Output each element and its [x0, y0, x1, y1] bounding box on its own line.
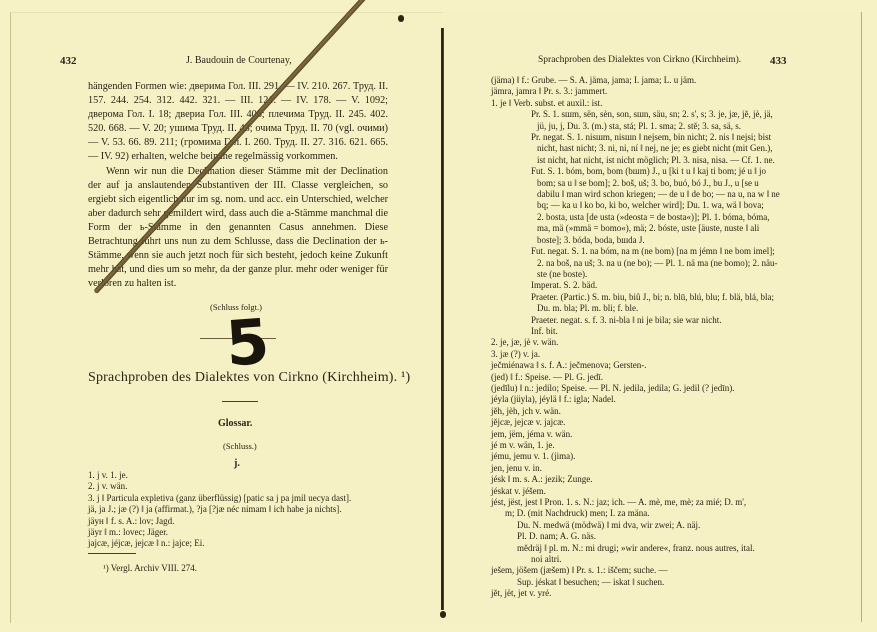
glossary-entry: jajcæ, jéjcæ, jejcæ ‖ n.: jajce; Ei.	[88, 538, 351, 549]
glossary-entry: 3. jæ (?) v. ja.	[491, 349, 780, 360]
glossary-entry: dabilu ‖ man wird schon kriegen; — de u …	[491, 189, 780, 200]
letter-heading: j.	[234, 458, 240, 469]
glossary-entry: 2. na boš, na uš; 3. na u (ne bo); — Pl.…	[491, 258, 780, 269]
ink-dot	[398, 15, 404, 22]
glossary-entry: Fut. negat. S. 1. na bóm, na m (ne bom) …	[491, 246, 780, 257]
glossary-entry: jem, jëm, jéma v. wän.	[491, 429, 780, 440]
glossary-entry: ječmiénawa ‖ s. f. A.: ječmenova; Gerste…	[491, 360, 780, 371]
glossary-entry: jé m v. wän, 1. je.	[491, 440, 780, 451]
glossary-entry: Du. N. medwä (mödwä) ‖ mi dva, wir zwei;…	[491, 520, 780, 531]
book-spread: 432 J. Baudouin de Courtenay, hängenden …	[0, 0, 877, 632]
glossary-entry: ste (ne boste).	[491, 269, 780, 280]
glossary-entry: 1. je ‖ Verb. subst. et auxil.: ist.	[491, 98, 780, 109]
glossary-entry: jĕt, jët, jet v. yré.	[491, 588, 780, 599]
glossary-entry: jü, ju, j, Du. 3. (m.) sta, stá; Pl. 1. …	[491, 121, 780, 132]
glossary-entry: jĕjcæ, jejcæ v. jajcæ.	[491, 417, 780, 428]
footnote-rule	[88, 553, 136, 554]
glossary-entry: 3. j ‖ Particula expletiva (ganz überflü…	[88, 493, 351, 504]
glossary-entry: 2. je, jæ, jè v. wän.	[491, 337, 780, 348]
handwritten-number: 5	[224, 311, 271, 376]
glossary-entry: Pr. S. 1. sшm, sën, sèn, son, sшn, säu, …	[491, 109, 780, 120]
glossary-entry: Imperat. S. 2. bäd.	[491, 280, 780, 291]
glossary-entry: (jedīlu) ‖ n.: jedilo; Speise. — Pl. N. …	[491, 383, 780, 394]
glossary-entry: jäyн ‖ f. s. A.: lov; Jagd.	[88, 516, 351, 527]
glossary-entry: boste]; 3. bóda, boda, bшda J.	[491, 235, 780, 246]
glossary-entry: 2. bosta, usta [de usta (»deosta = de bo…	[491, 212, 780, 223]
left-running-head: J. Baudouin de Courtenay,	[186, 55, 292, 66]
glossary-entry: Praeter. (Partic.) S. m. biu, biû J., bi…	[491, 292, 780, 303]
subsection-title: Glossar.	[218, 418, 252, 429]
glossary-entry: ma, mä (»mmä = bomo«), mä; 2. bóste, ust…	[491, 223, 780, 234]
glossary-entry: mĕdräj ‖ pl. m. N.: mi drugi; »wir ander…	[491, 543, 780, 554]
glossary-entry: jéyla (jüyla), jéylä ‖ f.: igla; Nadel.	[491, 394, 780, 405]
glossary-entry: jen, jenu v. in.	[491, 463, 780, 474]
glossary-entry: jéskat v. jéšem.	[491, 486, 780, 497]
left-glossary-entries: 1. j v. 1. je. 2. j v. wän. 3. j ‖ Parti…	[88, 470, 351, 550]
glossary-entry: Inf. bit.	[491, 326, 780, 337]
glossary-entry: 1. j v. 1. je.	[88, 470, 351, 481]
glossary-entry: noi altri.	[491, 554, 780, 565]
glossary-entry: (jäma) ‖ f.: Grube. — S. A. jäma, jama; …	[491, 75, 780, 86]
glossary-entry: Sup. jéskat ‖ besuchen; — iskat ‖ suchen…	[491, 577, 780, 588]
right-running-head: Sprachproben des Dialektes von Cirkno (K…	[538, 55, 741, 65]
section-divider	[222, 401, 258, 402]
glossary-entry: (jed) ‖ f.: Speise. — Pl. G. jedī.	[491, 372, 780, 383]
paragraph-2: Wenn wir nun die Declination dieser Stäm…	[88, 165, 388, 292]
glossary-entry: jäyr ‖ m.: lovec; Jäger.	[88, 527, 351, 538]
subsection-note: (Schluss.)	[223, 441, 257, 451]
glossary-entry: 2. j v. wän.	[88, 481, 351, 492]
section-title: Sprachproben des Dialektes von Cirkno (K…	[88, 370, 410, 386]
right-page-number: 433	[770, 55, 787, 67]
glossary-entry: jĕh, jèh, jch v. wän.	[491, 406, 780, 417]
glossary-entry: nicht, hast nicht; 3. ni, ni, ní ‖ nej, …	[491, 143, 780, 154]
glossary-entry: ješem, jöšem (jæšem) ‖ Pr. s. 1.: iščem;…	[491, 565, 780, 576]
glossary-entry: jämra, jamra ‖ Pr. s. 3.: jammert.	[491, 86, 780, 97]
glossary-entry: bq; — ka u ‖ ko bo, ki bo, welcher wird]…	[491, 200, 780, 211]
glossary-entry: Du. m. bla; Pl. m. bli; f. ble.	[491, 303, 780, 314]
glossary-entry: Pr. negat. S. 1. nisшm, nisшn ‖ nejsem, …	[491, 132, 780, 143]
left-page-number: 432	[60, 55, 77, 67]
glossary-entry: ist nicht, hat nicht, ist nicht möglich;…	[491, 155, 780, 166]
ink-blot	[440, 611, 446, 618]
left-body-text: hängenden Formen wie: дверима Гол. III. …	[88, 80, 388, 291]
glossary-entry: bom; sa u ‖ se bom]; 2. boš, uš; 3. bo, …	[491, 178, 780, 189]
gutter-binding	[441, 28, 444, 610]
glossary-entry: jést, jëst, jest ‖ Pron. 1. s. N.: jaz; …	[491, 497, 780, 508]
glossary-entry: Fut. S. 1. bóm, bom, bom (bшm) J., u [ki…	[491, 166, 780, 177]
glossary-entry: Pl. D. nam; A. G. näs.	[491, 531, 780, 542]
glossary-entry: jému, jemu v. 1. (jima).	[491, 451, 780, 462]
paragraph-1: hängenden Formen wie: дверима Гол. III. …	[88, 80, 388, 165]
footnote: ¹) Vergl. Archiv VIII. 274.	[103, 563, 197, 573]
glossary-entry: Praeter. negat. s. f. 3. ni-bla ‖ ni je …	[491, 315, 780, 326]
glossary-entry: m; D. (mit Nachdruck) men; I. za mäna.	[491, 508, 780, 519]
glossary-entry: jésk ‖ m. s. A.: jezik; Zunge.	[491, 474, 780, 485]
right-glossary-entries: (jäma) ‖ f.: Grube. — S. A. jäma, jama; …	[491, 75, 780, 600]
glossary-entry: jä, ja J.; jæ (?) ‖ ja (affirmat.), ?ja …	[88, 504, 351, 515]
